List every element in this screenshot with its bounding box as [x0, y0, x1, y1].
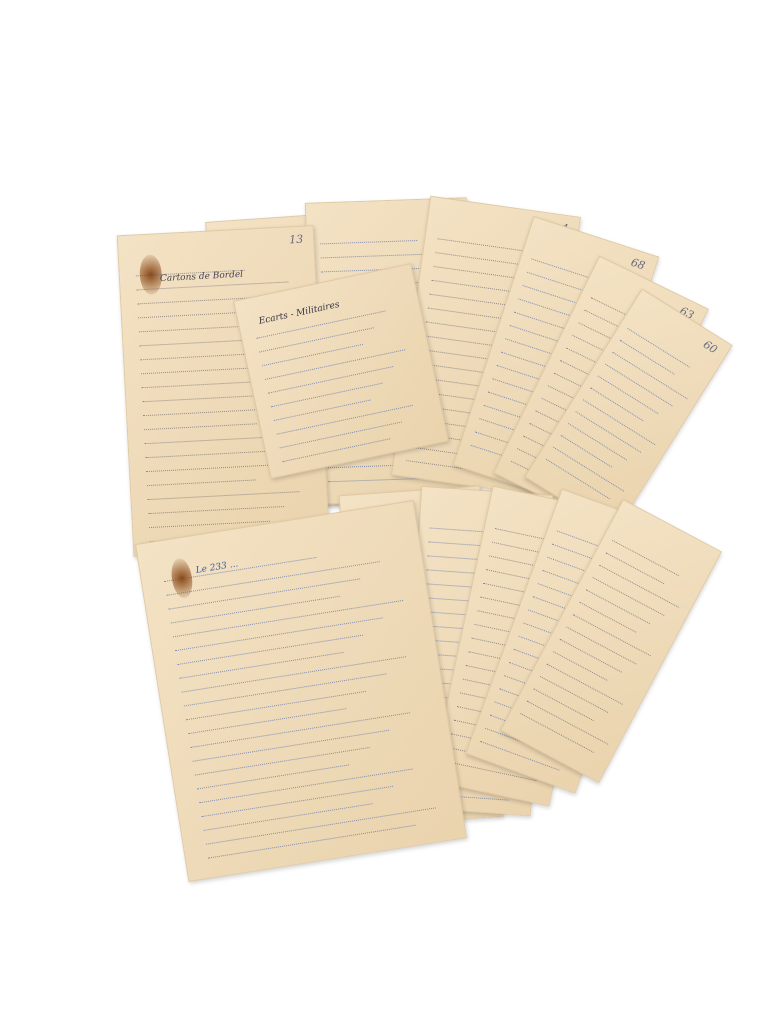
handwriting-line [193, 730, 390, 763]
handwriting-line [265, 349, 405, 381]
handwriting-line [143, 423, 256, 431]
handwriting-line [141, 367, 258, 375]
handwriting-line [171, 596, 340, 625]
handwriting-line [590, 388, 644, 423]
handwriting-line [566, 626, 637, 665]
handwriting-line [169, 578, 360, 610]
handwriting-line [268, 366, 393, 395]
handwriting-line [147, 491, 299, 501]
handwriting-line [620, 340, 675, 376]
handwriting-line [202, 786, 393, 818]
handwriting-line [143, 409, 272, 418]
handwriting-line [433, 266, 525, 281]
handwriting-line [585, 589, 650, 625]
handwriting-line [180, 652, 343, 680]
handwriting-line [260, 327, 375, 353]
handwriting-line [552, 651, 607, 682]
handwriting-line [560, 435, 612, 468]
handwriting-line [539, 676, 608, 714]
handwriting-line [184, 673, 386, 707]
page-number: 13 [289, 233, 304, 247]
manuscript-page: Le 233 ... [135, 500, 467, 882]
handwriting-line [533, 688, 594, 722]
handwriting-line [280, 422, 402, 450]
handwriting-line [271, 383, 382, 409]
handwriting-line [568, 423, 627, 461]
handwriting-line [146, 465, 271, 474]
handwriting-line [204, 803, 373, 832]
handwriting-line [195, 747, 370, 777]
handwriting-line [605, 552, 664, 585]
page-number: 68 [629, 256, 646, 273]
handwriting-line [178, 635, 364, 666]
handwriting-line [579, 602, 636, 634]
handwriting-line [208, 825, 416, 860]
handwriting-line [146, 479, 255, 487]
handwriting-line [612, 540, 679, 577]
handwriting-line [186, 691, 366, 721]
handwriting-line [320, 240, 418, 245]
handwriting-line [197, 764, 349, 790]
handwriting-line [148, 506, 284, 515]
handwriting-line [597, 376, 658, 415]
page-number: 60 [701, 338, 720, 356]
handwriting-line [559, 639, 622, 674]
handwriting-line [627, 328, 690, 368]
handwriting-line [189, 708, 347, 735]
small-note: Ecarts - Militaires [233, 263, 449, 479]
handwriting-line [277, 405, 413, 436]
